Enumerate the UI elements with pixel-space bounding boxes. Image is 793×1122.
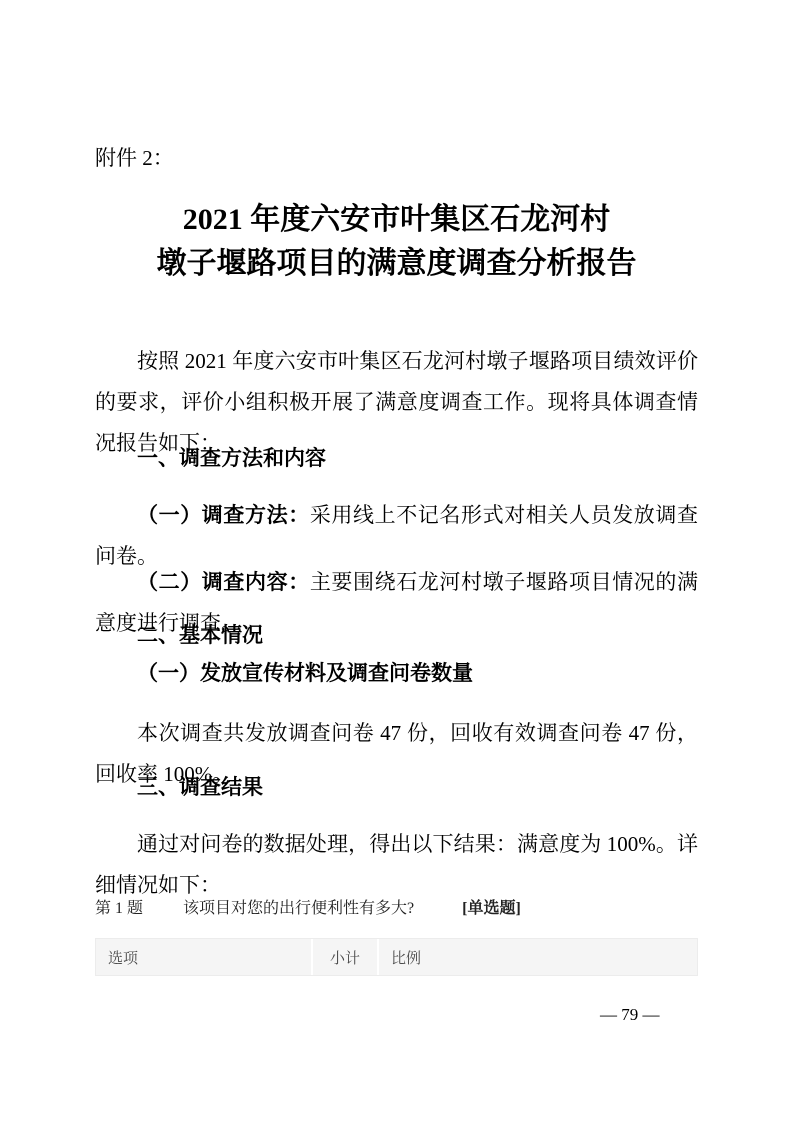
attachment-label: 附件 2： xyxy=(95,143,698,173)
section-heading-3: 三、调查结果 xyxy=(95,767,698,808)
subsection-1-1-label: （一）调查方法： xyxy=(137,503,310,527)
column-header-option: 选项 xyxy=(96,939,311,975)
section-heading-1: 一、调查方法和内容 xyxy=(95,438,698,479)
section-3-paragraph: 通过对问卷的数据处理，得出以下结果：满意度为 100%。详细情况如下： xyxy=(95,824,698,906)
column-header-ratio: 比例 xyxy=(377,939,697,975)
subsection-2-1-heading: （一）发放宣传材料及调查问卷数量 xyxy=(95,653,698,694)
question-1-number: 第 1 题 xyxy=(95,900,143,917)
document-title: 2021 年度六安市叶集区石龙河村 墩子堰路项目的满意度调查分析报告 xyxy=(95,198,698,286)
question-1-line: 第 1 题该项目对您的出行便利性有多大?[单选题] xyxy=(95,897,698,921)
report-page: 附件 2： 2021 年度六安市叶集区石龙河村 墩子堰路项目的满意度调查分析报告… xyxy=(0,0,793,1122)
section-heading-2: 二、基本情况 xyxy=(95,615,698,656)
document-title-line1: 2021 年度六安市叶集区石龙河村 xyxy=(95,198,698,242)
document-title-line2: 墩子堰路项目的满意度调查分析报告 xyxy=(95,242,698,286)
column-header-subtotal: 小计 xyxy=(311,939,377,975)
question-1-text: 该项目对您的出行便利性有多大? xyxy=(183,900,414,917)
results-table-header-row: 选项 小计 比例 xyxy=(95,938,698,976)
question-1-type-tag: [单选题] xyxy=(462,900,521,917)
subsection-1-2-label: （二）调查内容： xyxy=(137,570,310,594)
page-number: — 79 — xyxy=(600,1004,660,1026)
